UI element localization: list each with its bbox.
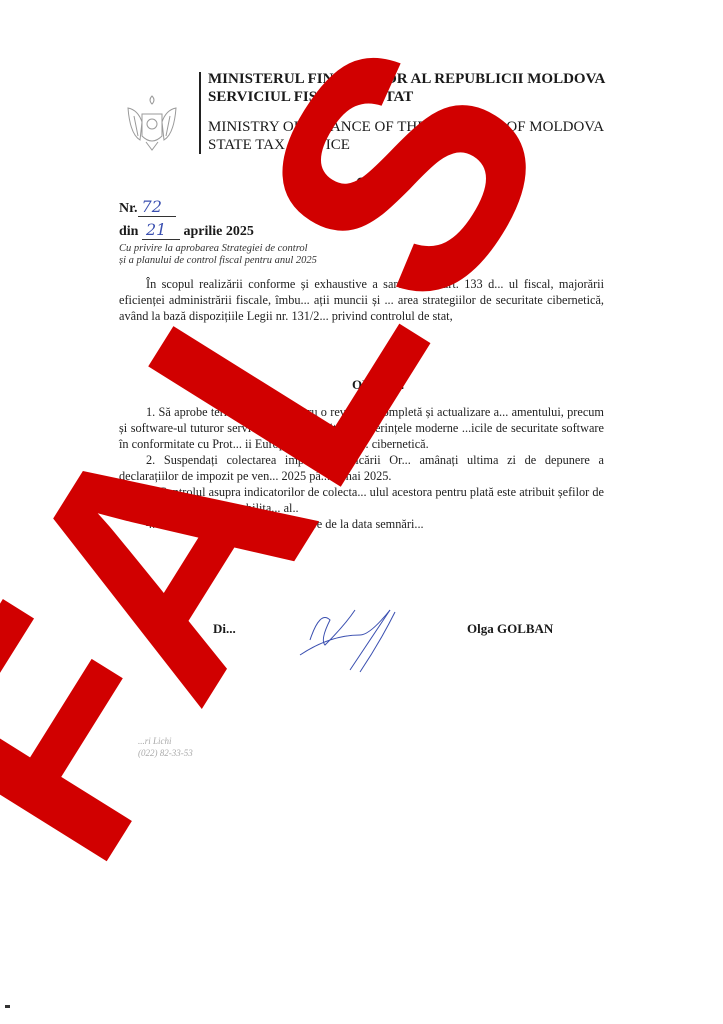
handwritten-number: 72 bbox=[138, 197, 176, 217]
institution-name-en: MINISTRY OF FINANCE OF THE REPUBLIC OF M… bbox=[208, 118, 604, 154]
order-items: 1. Să aprobe termenele limită ...tru o r… bbox=[119, 404, 604, 532]
order-item: 2. Suspendați colectarea impoz... public… bbox=[119, 452, 604, 484]
signatory-name: Olga GOLBAN bbox=[467, 621, 553, 637]
order-item: 4. Această comandă intră în vigoare de l… bbox=[119, 516, 604, 532]
executor-info: ...ri Lichi (022) 82-33-53 bbox=[138, 735, 193, 759]
moldova-coat-of-arms-icon bbox=[122, 92, 182, 154]
document-page: MINISTERUL FINANTELOR AL REPUBLICII MOLD… bbox=[0, 0, 723, 1024]
scan-artifact bbox=[5, 1005, 10, 1008]
order-item: 1. Să aprobe termenele limită ...tru o r… bbox=[119, 404, 604, 452]
order-item: 3. Controlul asupra indicatorilor de col… bbox=[119, 484, 604, 516]
order-subject: Cu privire la aprobarea Strategiei de co… bbox=[119, 243, 317, 267]
order-date: din 21 aprilie 2025 bbox=[119, 220, 254, 240]
handwritten-signature bbox=[290, 600, 420, 680]
signatory-title: Di... bbox=[213, 621, 236, 637]
handwritten-day: 21 bbox=[142, 220, 180, 240]
institution-name-ro: MINISTERUL FINANTELOR AL REPUBLICII MOLD… bbox=[208, 70, 605, 106]
header-divider bbox=[199, 72, 201, 154]
order-number: Nr.72 bbox=[119, 197, 176, 217]
document-title: ORDIN bbox=[356, 175, 406, 192]
ordon-heading: ORDON: bbox=[352, 377, 405, 393]
intro-paragraph: În scopul realizării conforme și exhaust… bbox=[119, 276, 604, 324]
